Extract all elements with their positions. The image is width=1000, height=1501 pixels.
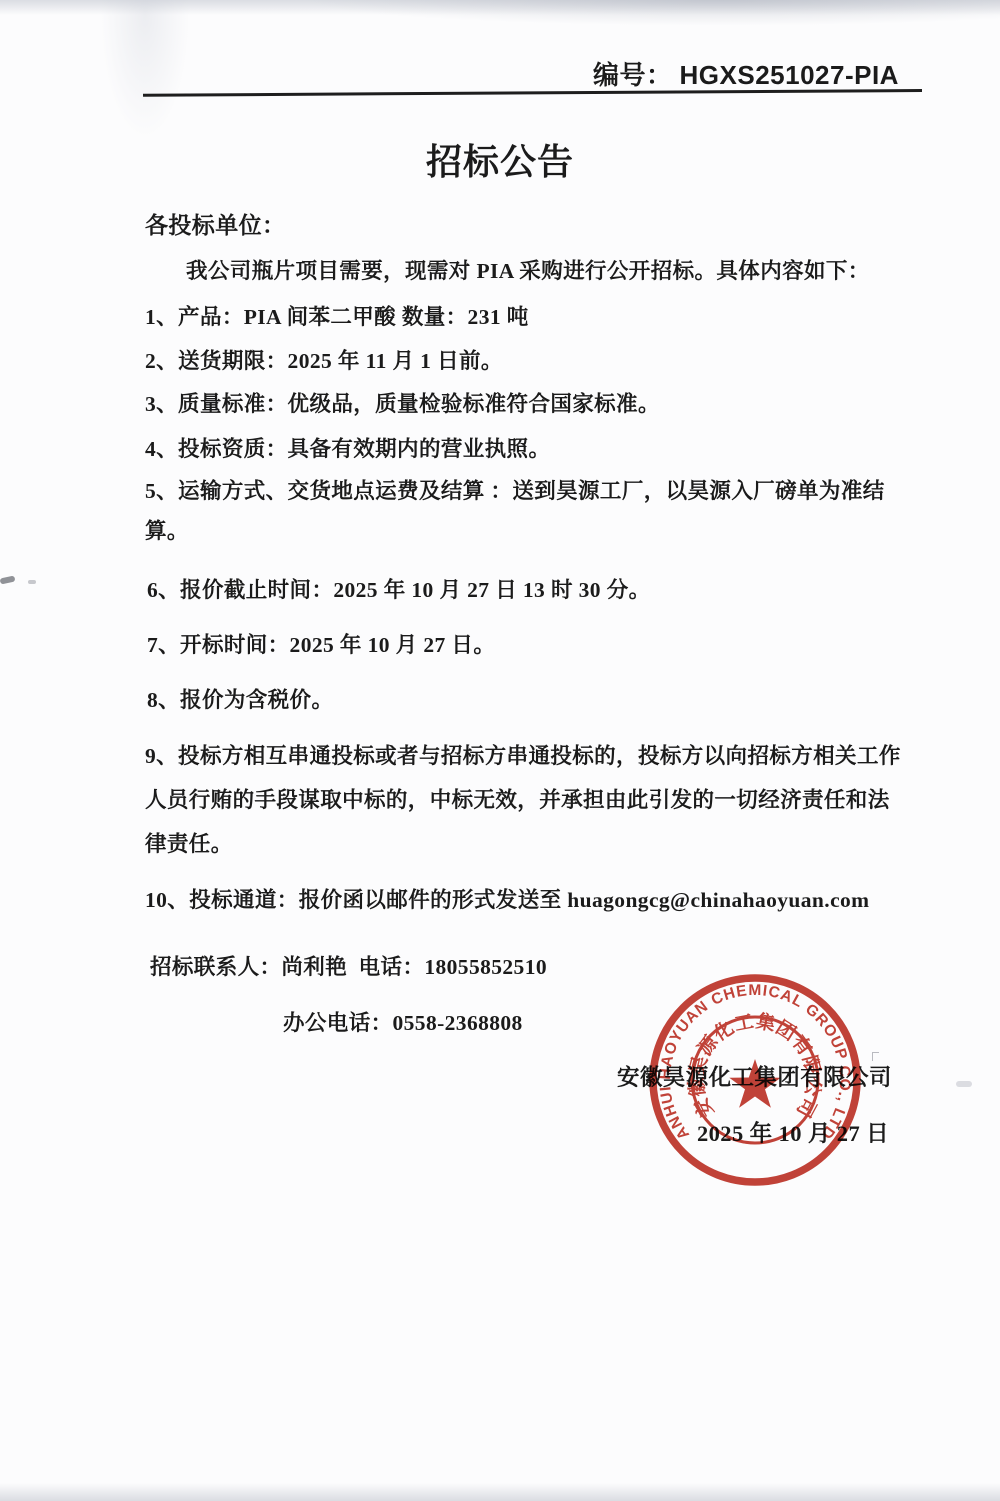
tender-item-3: 3、质量标准：优级品，质量检验标准符合国家标准。 xyxy=(145,391,660,418)
page-title: 招标公告 xyxy=(0,134,1000,185)
tender-item-5-line-2: 算。 xyxy=(145,518,189,545)
tender-item-9-line-2: 人员行贿的手段谋取中标的，中标无效，并承担由此引发的一切经济责任和法 xyxy=(145,787,890,814)
salutation: 各投标单位： xyxy=(145,212,285,241)
scan-speck-right-2 xyxy=(956,1081,972,1087)
scanned-tender-document: 编号： HGXS251027-PIA 招标公告 各投标单位： 我公司瓶片项目需要… xyxy=(0,0,1000,1501)
contact-line: 招标联系人：尚利艳 电话：18055852510 xyxy=(150,954,547,981)
tender-item-6: 6、报价截止时间：2025 年 10 月 27 日 13 时 30 分。 xyxy=(147,577,651,604)
scan-noise-bottom xyxy=(0,1483,1000,1501)
tender-item-9-line-1: 9、投标方相互串通投标或者与招标方串通投标的，投标方以向招标方相关工作 xyxy=(145,743,901,770)
tender-item-10: 10、投标通道：报价函以邮件的形式发送至 huagongcg@chinahaoy… xyxy=(145,887,869,914)
scan-smudge-left xyxy=(0,576,15,585)
office-phone-line: 办公电话：0558-2368808 xyxy=(283,1010,523,1037)
tender-item-7: 7、开标时间：2025 年 10 月 27 日。 xyxy=(147,632,495,659)
doc-number-code: HGXS251027-PIA xyxy=(680,60,899,90)
intro-paragraph: 我公司瓶片项目需要，现需对 PIA 采购进行公开招标。具体内容如下： xyxy=(186,258,870,285)
company-stamp: ANHUI HAOYUAN CHEMICAL GROUP CO., LTD 安徽… xyxy=(625,950,885,1210)
tender-item-1: 1、产品：PIA 间苯二甲酸 数量：231 吨 xyxy=(145,304,529,331)
tender-item-5-line-1: 5、运输方式、交货地点运费及结算 ：送到昊源工厂，以昊源入厂磅单为准结 xyxy=(145,478,885,505)
scan-noise-top-right xyxy=(300,0,1000,26)
tender-item-4: 4、投标资质：具备有效期内的营业执照。 xyxy=(145,436,550,463)
doc-number-line: 编号： HGXS251027-PIA xyxy=(593,55,899,92)
stamp-star-icon xyxy=(729,1059,780,1108)
tender-item-2: 2、送货期限：2025 年 11 月 1 日前。 xyxy=(145,348,503,375)
doc-number-label: 编号： xyxy=(593,61,673,90)
tender-item-9-line-3: 律责任。 xyxy=(145,831,233,858)
scan-smudge-left-2 xyxy=(28,580,36,584)
header-underline xyxy=(143,89,922,96)
scan-noise-top-left xyxy=(100,0,190,140)
tender-item-8: 8、报价为含税价。 xyxy=(147,687,333,714)
